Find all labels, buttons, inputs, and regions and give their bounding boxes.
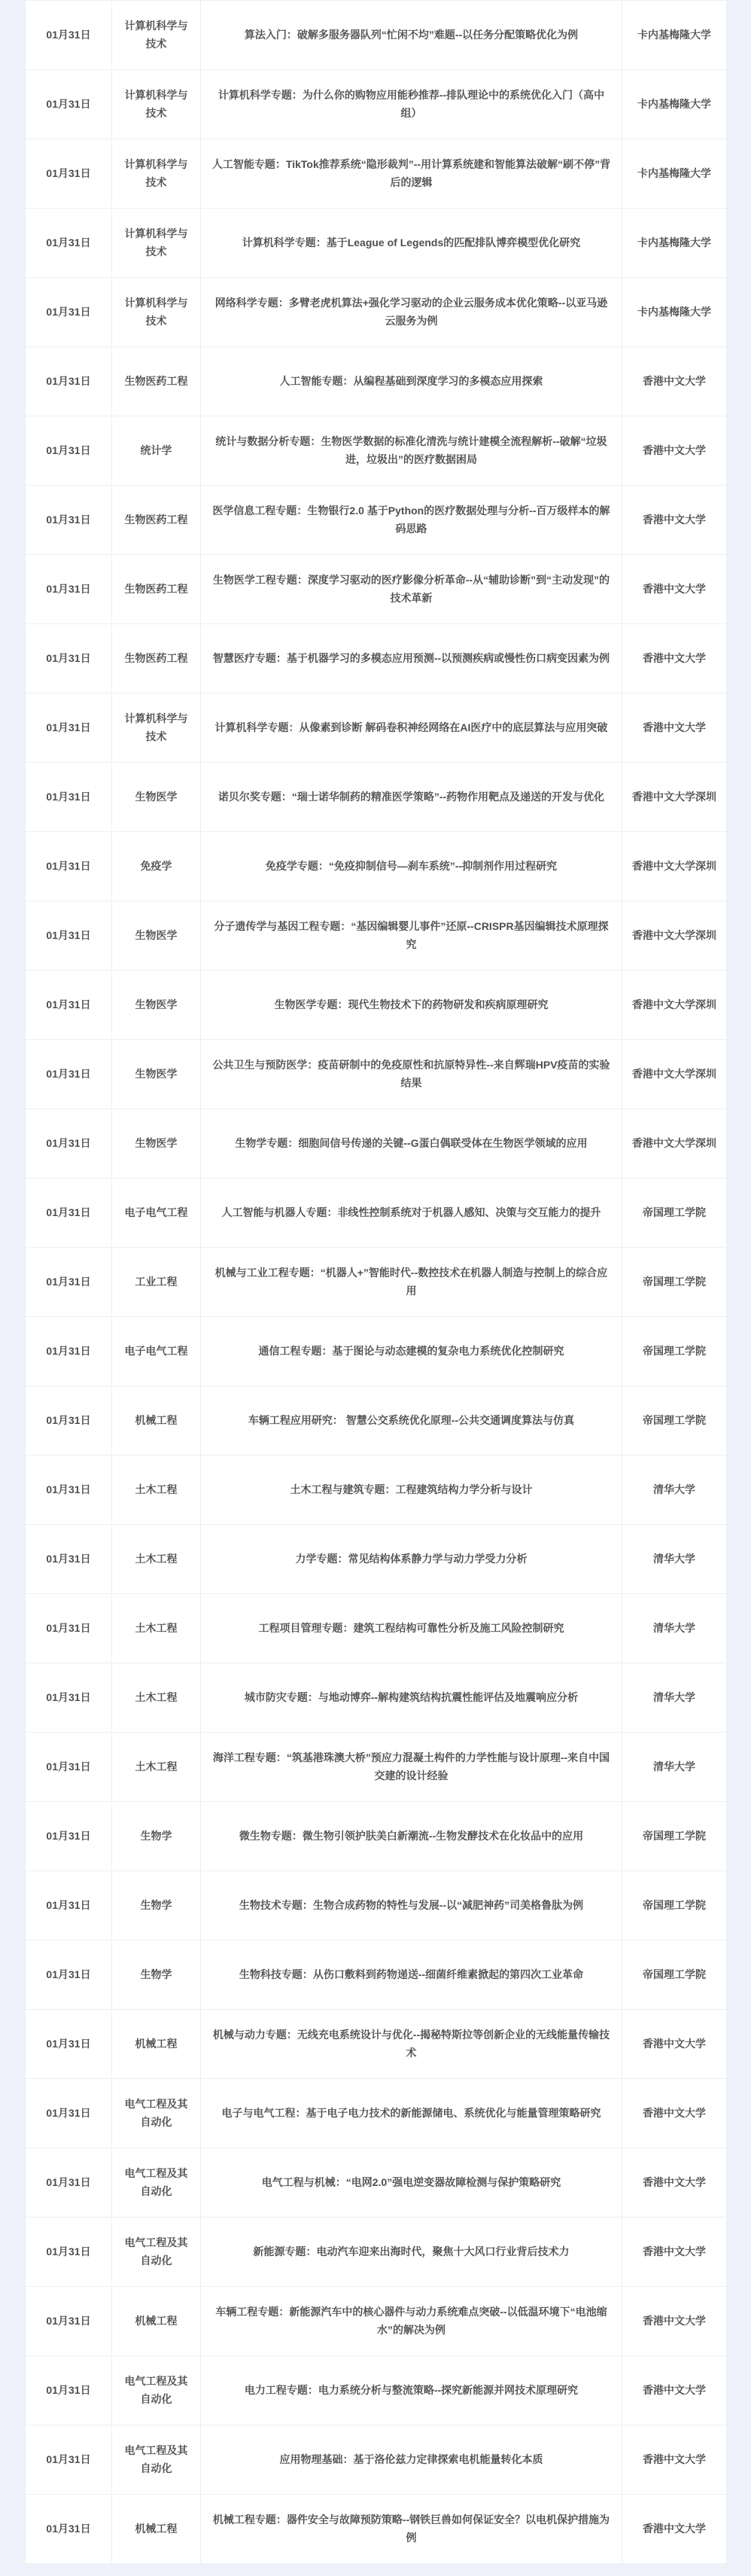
- table-row: 01月31日生物医学公共卫生与预防医学：疫苗研制中的免疫原性和抗原特异性--来自…: [26, 1040, 727, 1109]
- topic-cell: 电子与电气工程：基于电子电力技术的新能源储电、系统优化与能量管理策略研究: [201, 2079, 622, 2148]
- date-cell: 01月31日: [26, 1317, 112, 1386]
- date-cell: 01月31日: [26, 1248, 112, 1317]
- date-cell: 01月31日: [26, 1663, 112, 1733]
- date-cell: 01月31日: [26, 2356, 112, 2425]
- category-cell: 免疫学: [112, 832, 201, 901]
- topic-cell: 计算机科学专题：基于League of Legends的匹配排队博弈模型优化研究: [201, 209, 622, 278]
- category-cell: 生物医学: [112, 971, 201, 1040]
- university-cell: 香港中文大学: [622, 2010, 727, 2079]
- table-row: 01月31日生物医药工程智慧医疗专题：基于机器学习的多模态应用预测--以预测疾病…: [26, 624, 727, 694]
- university-cell: 卡内基梅隆大学: [622, 139, 727, 209]
- date-cell: 01月31日: [26, 1940, 112, 2010]
- university-cell: 香港中文大学: [622, 2287, 727, 2356]
- topic-cell: 分子遗传学与基因工程专题：“基因编辑婴儿事件”还原--CRISPR基因编辑技术原…: [201, 901, 622, 971]
- date-cell: 01月31日: [26, 1802, 112, 1871]
- category-cell: 电气工程及其自动化: [112, 2148, 201, 2218]
- table-row: 01月31日机械工程机械与动力专题：无线充电系统设计与优化--揭秘特斯拉等创新企…: [26, 2010, 727, 2079]
- university-cell: 卡内基梅隆大学: [622, 278, 727, 347]
- topic-cell: 机械工程专题：器件安全与故障预防策略--钢铁巨兽如何保证安全？以电机保护措施为例: [201, 2495, 622, 2564]
- topic-cell: 网络科学专题：多臂老虎机算法+强化学习驱动的企业云服务成本优化策略--以亚马逊云…: [201, 278, 622, 347]
- topic-cell: 人工智能专题：从编程基础到深度学习的多模态应用探索: [201, 347, 622, 416]
- table-row: 01月31日生物医学诺贝尔奖专题：“瑞士诺华制药的精准医学策略”--药物作用靶点…: [26, 763, 727, 832]
- category-cell: 土木工程: [112, 1594, 201, 1663]
- category-cell: 电气工程及其自动化: [112, 2079, 201, 2148]
- topic-cell: 计算机科学专题：从像素到诊断 解码卷积神经网络在AI医疗中的底层算法与应用突破: [201, 694, 622, 763]
- date-cell: 01月31日: [26, 486, 112, 555]
- topic-cell: 算法入门：破解多服务器队列“忙闲不均”难题--以任务分配策略优化为例: [201, 1, 622, 70]
- category-cell: 计算机科学与技术: [112, 278, 201, 347]
- topic-cell: 工程项目管理专题：建筑工程结构可靠性分析及施工风险控制研究: [201, 1594, 622, 1663]
- topic-cell: 新能源专题：电动汽车迎来出海时代，聚焦十大风口行业背后技术力: [201, 2218, 622, 2287]
- topic-cell: 车辆工程专题：新能源汽车中的核心器件与动力系统难点突破--以低温环境下“电池缩水…: [201, 2287, 622, 2356]
- category-cell: 计算机科学与技术: [112, 694, 201, 763]
- topic-cell: 电气工程与机械：“电网2.0”强电逆变器故障检测与保护策略研究: [201, 2148, 622, 2218]
- table-row: 01月31日生物学微生物专题：微生物引领护肤美白新潮流--生物发酵技术在化妆品中…: [26, 1802, 727, 1871]
- university-cell: 香港中文大学深圳: [622, 1109, 727, 1178]
- table-row: 01月31日电气工程及其自动化应用物理基础：基于洛伦兹力定律探索电机能量转化本质…: [26, 2425, 727, 2495]
- category-cell: 生物医学: [112, 1109, 201, 1178]
- date-cell: 01月31日: [26, 763, 112, 832]
- category-cell: 生物医药工程: [112, 624, 201, 694]
- category-cell: 电气工程及其自动化: [112, 2356, 201, 2425]
- table-row: 01月31日生物医学生物学专题：细胞间信号传递的关键--G蛋白偶联受体在生物医学…: [26, 1109, 727, 1178]
- university-cell: 帝国理工学院: [622, 1802, 727, 1871]
- table-row: 01月31日土木工程工程项目管理专题：建筑工程结构可靠性分析及施工风险控制研究清…: [26, 1594, 727, 1663]
- table-row: 01月31日工业工程机械与工业工程专题：“机器人+”智能时代--数控技术在机器人…: [26, 1248, 727, 1317]
- topic-cell: 生物医学工程专题：深度学习驱动的医疗影像分析革命--从“辅助诊断”到“主动发现”…: [201, 555, 622, 624]
- table-row: 01月31日生物医药工程生物医学工程专题：深度学习驱动的医疗影像分析革命--从“…: [26, 555, 727, 624]
- date-cell: 01月31日: [26, 416, 112, 486]
- table-row: 01月31日统计学统计与数据分析专题：生物医学数据的标准化清洗与统计建模全流程解…: [26, 416, 727, 486]
- date-cell: 01月31日: [26, 2287, 112, 2356]
- category-cell: 机械工程: [112, 2287, 201, 2356]
- date-cell: 01月31日: [26, 1386, 112, 1456]
- university-cell: 帝国理工学院: [622, 1871, 727, 1940]
- university-cell: 卡内基梅隆大学: [622, 70, 727, 139]
- university-cell: 香港中文大学: [622, 2495, 727, 2564]
- category-cell: 电气工程及其自动化: [112, 2425, 201, 2495]
- category-cell: 生物学: [112, 1871, 201, 1940]
- category-cell: 生物医学: [112, 1040, 201, 1109]
- category-cell: 土木工程: [112, 1456, 201, 1525]
- table-row: 01月31日土木工程海洋工程专题：“筑基港珠澳大桥”预应力混凝土构件的力学性能与…: [26, 1733, 727, 1802]
- table-row: 01月31日生物医学分子遗传学与基因工程专题：“基因编辑婴儿事件”还原--CRI…: [26, 901, 727, 971]
- university-cell: 香港中文大学: [622, 2218, 727, 2287]
- category-cell: 工业工程: [112, 1248, 201, 1317]
- date-cell: 01月31日: [26, 70, 112, 139]
- schedule-table-body: 01月31日计算机科学与技术算法入门：破解多服务器队列“忙闲不均”难题--以任务…: [26, 1, 727, 2564]
- date-cell: 01月31日: [26, 1109, 112, 1178]
- category-cell: 统计学: [112, 416, 201, 486]
- schedule-table: 01月31日计算机科学与技术算法入门：破解多服务器队列“忙闲不均”难题--以任务…: [25, 0, 727, 2564]
- university-cell: 清华大学: [622, 1525, 727, 1594]
- university-cell: 帝国理工学院: [622, 1317, 727, 1386]
- category-cell: 计算机科学与技术: [112, 139, 201, 209]
- table-row: 01月31日计算机科学与技术人工智能专题：TikTok推荐系统“隐形裁判”--用…: [26, 139, 727, 209]
- category-cell: 电子电气工程: [112, 1178, 201, 1248]
- schedule-table-container: 01月31日计算机科学与技术算法入门：破解多服务器队列“忙闲不均”难题--以任务…: [25, 0, 726, 2564]
- category-cell: 生物医药工程: [112, 486, 201, 555]
- topic-cell: 机械与工业工程专题：“机器人+”智能时代--数控技术在机器人制造与控制上的综合应…: [201, 1248, 622, 1317]
- university-cell: 香港中文大学深圳: [622, 901, 727, 971]
- date-cell: 01月31日: [26, 1871, 112, 1940]
- date-cell: 01月31日: [26, 555, 112, 624]
- date-cell: 01月31日: [26, 2148, 112, 2218]
- table-row: 01月31日生物医学生物医学专题：现代生物技术下的药物研发和疾病原理研究香港中文…: [26, 971, 727, 1040]
- university-cell: 卡内基梅隆大学: [622, 1, 727, 70]
- date-cell: 01月31日: [26, 1178, 112, 1248]
- page-background: 01月31日计算机科学与技术算法入门：破解多服务器队列“忙闲不均”难题--以任务…: [0, 0, 751, 2576]
- category-cell: 电气工程及其自动化: [112, 2218, 201, 2287]
- table-row: 01月31日计算机科学与技术计算机科学专题：为什么你的购物应用能秒推荐--排队理…: [26, 70, 727, 139]
- date-cell: 01月31日: [26, 1525, 112, 1594]
- university-cell: 香港中文大学深圳: [622, 832, 727, 901]
- topic-cell: 通信工程专题：基于图论与动态建模的复杂电力系统优化控制研究: [201, 1317, 622, 1386]
- university-cell: 清华大学: [622, 1733, 727, 1802]
- category-cell: 生物医药工程: [112, 347, 201, 416]
- university-cell: 香港中文大学深圳: [622, 763, 727, 832]
- category-cell: 生物医学: [112, 763, 201, 832]
- category-cell: 土木工程: [112, 1733, 201, 1802]
- category-cell: 生物医学: [112, 901, 201, 971]
- date-cell: 01月31日: [26, 2425, 112, 2495]
- topic-cell: 生物医学专题：现代生物技术下的药物研发和疾病原理研究: [201, 971, 622, 1040]
- category-cell: 生物学: [112, 1940, 201, 2010]
- date-cell: 01月31日: [26, 2495, 112, 2564]
- table-row: 01月31日生物学生物技术专题：生物合成药物的特性与发展--以“减肥神药”司美格…: [26, 1871, 727, 1940]
- topic-cell: 人工智能与机器人专题：非线性控制系统对于机器人感知、决策与交互能力的提升: [201, 1178, 622, 1248]
- topic-cell: 统计与数据分析专题：生物医学数据的标准化清洗与统计建模全流程解析--破解“垃圾进…: [201, 416, 622, 486]
- university-cell: 清华大学: [622, 1663, 727, 1733]
- university-cell: 卡内基梅隆大学: [622, 209, 727, 278]
- table-row: 01月31日电子电气工程通信工程专题：基于图论与动态建模的复杂电力系统优化控制研…: [26, 1317, 727, 1386]
- university-cell: 香港中文大学: [622, 694, 727, 763]
- table-row: 01月31日电子电气工程人工智能与机器人专题：非线性控制系统对于机器人感知、决策…: [26, 1178, 727, 1248]
- table-row: 01月31日土木工程力学专题：常见结构体系静力学与动力学受力分析清华大学: [26, 1525, 727, 1594]
- date-cell: 01月31日: [26, 139, 112, 209]
- topic-cell: 应用物理基础：基于洛伦兹力定律探索电机能量转化本质: [201, 2425, 622, 2495]
- date-cell: 01月31日: [26, 2079, 112, 2148]
- date-cell: 01月31日: [26, 347, 112, 416]
- topic-cell: 微生物专题：微生物引领护肤美白新潮流--生物发酵技术在化妆品中的应用: [201, 1802, 622, 1871]
- topic-cell: 生物学专题：细胞间信号传递的关键--G蛋白偶联受体在生物医学领域的应用: [201, 1109, 622, 1178]
- date-cell: 01月31日: [26, 209, 112, 278]
- topic-cell: 免疫学专题：“免疫抑制信号—刹车系统”--抑制剂作用过程研究: [201, 832, 622, 901]
- topic-cell: 诺贝尔奖专题：“瑞士诺华制药的精准医学策略”--药物作用靶点及递送的开发与优化: [201, 763, 622, 832]
- category-cell: 计算机科学与技术: [112, 1, 201, 70]
- university-cell: 帝国理工学院: [622, 1178, 727, 1248]
- category-cell: 生物学: [112, 1802, 201, 1871]
- category-cell: 电子电气工程: [112, 1317, 201, 1386]
- date-cell: 01月31日: [26, 971, 112, 1040]
- topic-cell: 生物科技专题：从伤口敷料到药物递送--细菌纤维素掀起的第四次工业革命: [201, 1940, 622, 2010]
- date-cell: 01月31日: [26, 624, 112, 694]
- university-cell: 香港中文大学: [622, 2079, 727, 2148]
- university-cell: 帝国理工学院: [622, 1940, 727, 2010]
- university-cell: 香港中文大学: [622, 2425, 727, 2495]
- university-cell: 香港中文大学: [622, 486, 727, 555]
- university-cell: 香港中文大学深圳: [622, 971, 727, 1040]
- date-cell: 01月31日: [26, 901, 112, 971]
- topic-cell: 智慧医疗专题：基于机器学习的多模态应用预测--以预测疾病或慢性伤口病变因素为例: [201, 624, 622, 694]
- category-cell: 机械工程: [112, 1386, 201, 1456]
- university-cell: 香港中文大学: [622, 416, 727, 486]
- category-cell: 机械工程: [112, 2010, 201, 2079]
- university-cell: 清华大学: [622, 1456, 727, 1525]
- category-cell: 机械工程: [112, 2495, 201, 2564]
- university-cell: 香港中文大学深圳: [622, 1040, 727, 1109]
- topic-cell: 车辆工程应用研究： 智慧公交系统优化原理--公共交通调度算法与仿真: [201, 1386, 622, 1456]
- topic-cell: 机械与动力专题：无线充电系统设计与优化--揭秘特斯拉等创新企业的无线能量传输技术: [201, 2010, 622, 2079]
- topic-cell: 海洋工程专题：“筑基港珠澳大桥”预应力混凝土构件的力学性能与设计原理--来自中国…: [201, 1733, 622, 1802]
- table-row: 01月31日生物医药工程医学信息工程专题：生物银行2.0 基于Python的医疗…: [26, 486, 727, 555]
- date-cell: 01月31日: [26, 2218, 112, 2287]
- university-cell: 清华大学: [622, 1594, 727, 1663]
- date-cell: 01月31日: [26, 1456, 112, 1525]
- university-cell: 香港中文大学: [622, 2356, 727, 2425]
- date-cell: 01月31日: [26, 1, 112, 70]
- table-row: 01月31日生物医药工程人工智能专题：从编程基础到深度学习的多模态应用探索香港中…: [26, 347, 727, 416]
- table-row: 01月31日机械工程车辆工程专题：新能源汽车中的核心器件与动力系统难点突破--以…: [26, 2287, 727, 2356]
- topic-cell: 医学信息工程专题：生物银行2.0 基于Python的医疗数据处理与分析--百万级…: [201, 486, 622, 555]
- university-cell: 帝国理工学院: [622, 1386, 727, 1456]
- topic-cell: 电力工程专题：电力系统分析与整流策略--探究新能源并网技术原理研究: [201, 2356, 622, 2425]
- table-row: 01月31日免疫学免疫学专题：“免疫抑制信号—刹车系统”--抑制剂作用过程研究香…: [26, 832, 727, 901]
- topic-cell: 城市防灾专题：与地动博弈--解构建筑结构抗震性能评估及地震响应分析: [201, 1663, 622, 1733]
- table-row: 01月31日电气工程及其自动化电气工程与机械：“电网2.0”强电逆变器故障检测与…: [26, 2148, 727, 2218]
- table-row: 01月31日土木工程土木工程与建筑专题：工程建筑结构力学分析与设计清华大学: [26, 1456, 727, 1525]
- topic-cell: 人工智能专题：TikTok推荐系统“隐形裁判”--用计算系统建和智能算法破解“刷…: [201, 139, 622, 209]
- university-cell: 帝国理工学院: [622, 1248, 727, 1317]
- date-cell: 01月31日: [26, 1594, 112, 1663]
- topic-cell: 公共卫生与预防医学：疫苗研制中的免疫原性和抗原特异性--来自辉瑞HPV疫苗的实验…: [201, 1040, 622, 1109]
- date-cell: 01月31日: [26, 278, 112, 347]
- date-cell: 01月31日: [26, 694, 112, 763]
- table-row: 01月31日计算机科学与技术计算机科学专题：从像素到诊断 解码卷积神经网络在AI…: [26, 694, 727, 763]
- table-row: 01月31日电气工程及其自动化新能源专题：电动汽车迎来出海时代，聚焦十大风口行业…: [26, 2218, 727, 2287]
- table-row: 01月31日机械工程车辆工程应用研究： 智慧公交系统优化原理--公共交通调度算法…: [26, 1386, 727, 1456]
- table-row: 01月31日计算机科学与技术网络科学专题：多臂老虎机算法+强化学习驱动的企业云服…: [26, 278, 727, 347]
- table-row: 01月31日机械工程机械工程专题：器件安全与故障预防策略--钢铁巨兽如何保证安全…: [26, 2495, 727, 2564]
- table-row: 01月31日生物学生物科技专题：从伤口敷料到药物递送--细菌纤维素掀起的第四次工…: [26, 1940, 727, 2010]
- topic-cell: 土木工程与建筑专题：工程建筑结构力学分析与设计: [201, 1456, 622, 1525]
- table-row: 01月31日电气工程及其自动化电力工程专题：电力系统分析与整流策略--探究新能源…: [26, 2356, 727, 2425]
- date-cell: 01月31日: [26, 1040, 112, 1109]
- date-cell: 01月31日: [26, 2010, 112, 2079]
- category-cell: 土木工程: [112, 1663, 201, 1733]
- date-cell: 01月31日: [26, 832, 112, 901]
- category-cell: 土木工程: [112, 1525, 201, 1594]
- table-row: 01月31日土木工程城市防灾专题：与地动博弈--解构建筑结构抗震性能评估及地震响…: [26, 1663, 727, 1733]
- university-cell: 香港中文大学: [622, 347, 727, 416]
- university-cell: 香港中文大学: [622, 2148, 727, 2218]
- category-cell: 计算机科学与技术: [112, 70, 201, 139]
- table-row: 01月31日计算机科学与技术算法入门：破解多服务器队列“忙闲不均”难题--以任务…: [26, 1, 727, 70]
- university-cell: 香港中文大学: [622, 555, 727, 624]
- category-cell: 计算机科学与技术: [112, 209, 201, 278]
- topic-cell: 计算机科学专题：为什么你的购物应用能秒推荐--排队理论中的系统优化入门（高中组）: [201, 70, 622, 139]
- university-cell: 香港中文大学: [622, 624, 727, 694]
- table-row: 01月31日计算机科学与技术计算机科学专题：基于League of Legend…: [26, 209, 727, 278]
- category-cell: 生物医药工程: [112, 555, 201, 624]
- table-row: 01月31日电气工程及其自动化电子与电气工程：基于电子电力技术的新能源储电、系统…: [26, 2079, 727, 2148]
- topic-cell: 生物技术专题：生物合成药物的特性与发展--以“减肥神药”司美格鲁肽为例: [201, 1871, 622, 1940]
- date-cell: 01月31日: [26, 1733, 112, 1802]
- topic-cell: 力学专题：常见结构体系静力学与动力学受力分析: [201, 1525, 622, 1594]
